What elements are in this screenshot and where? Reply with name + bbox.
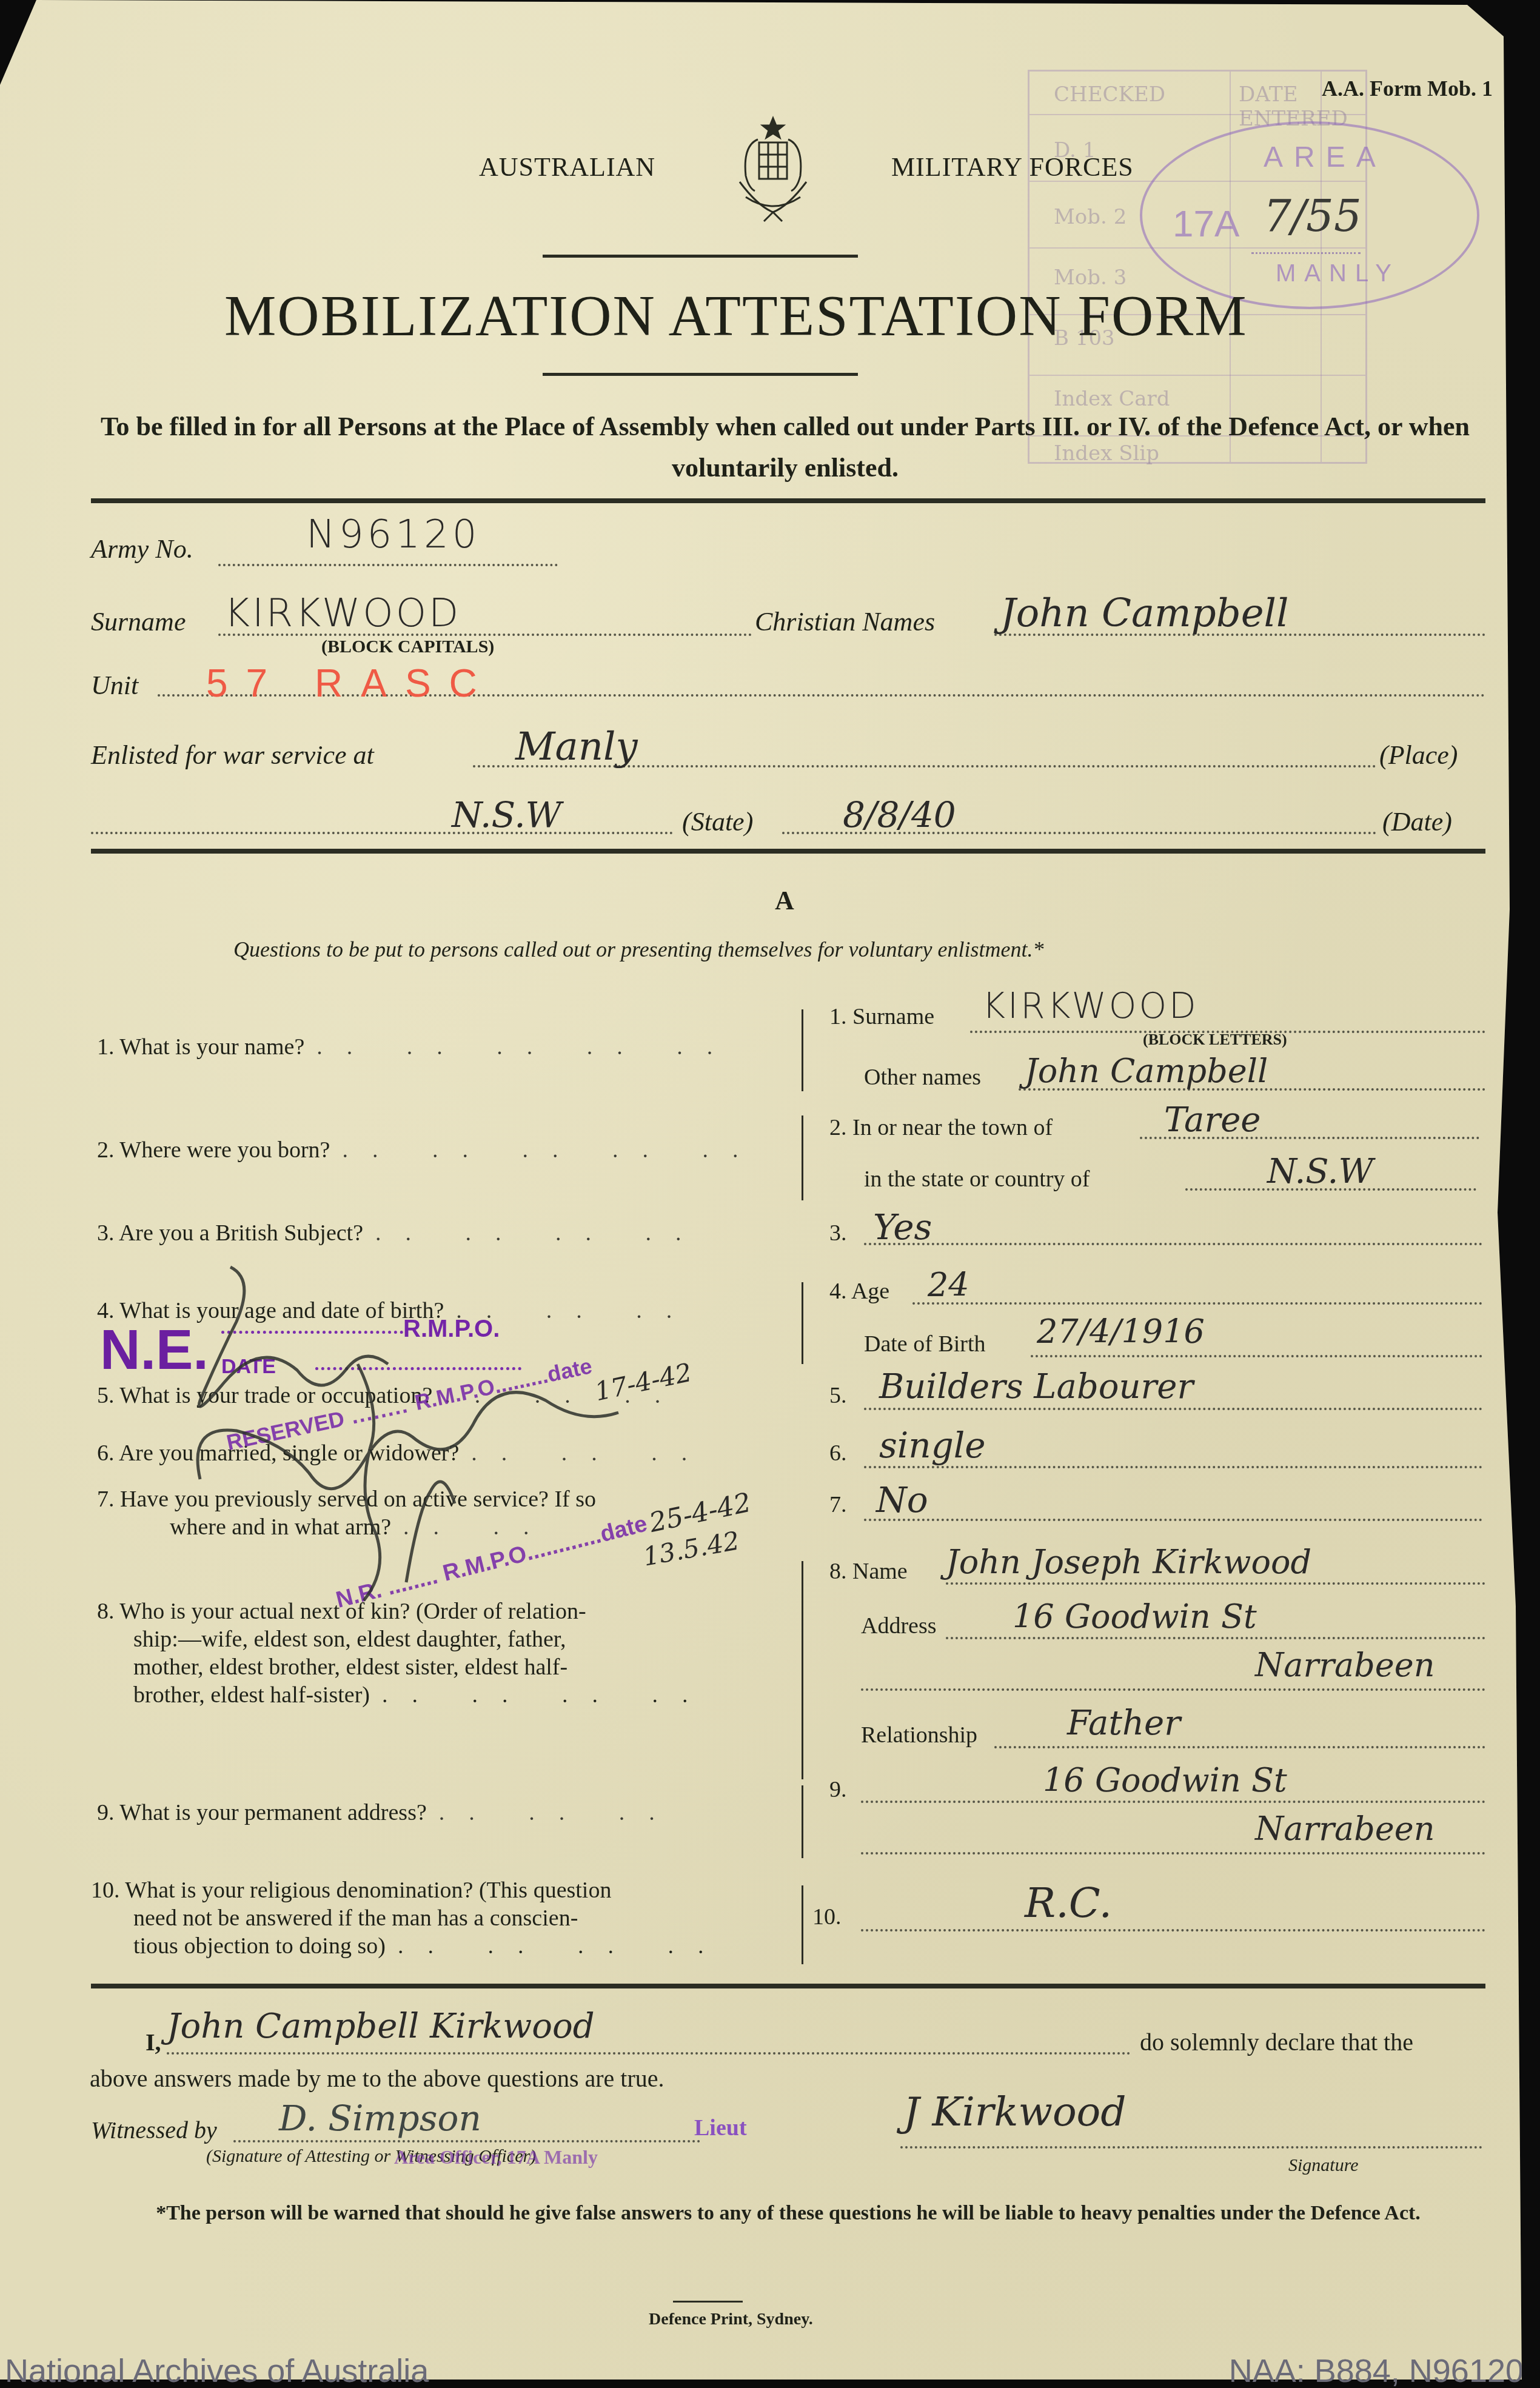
state-value[interactable]: N.S.W [452, 794, 561, 835]
answer-5[interactable]: Builders Labourer [879, 1367, 1193, 1406]
question-2: 2. Where were you born?.. .. .. .. .. [97, 1137, 762, 1163]
signature-label: Signature [1288, 2155, 1359, 2176]
archive-watermark-left: National Archives of Australia [5, 2352, 429, 2388]
answer-1-surname[interactable]: KIRKWOOD [982, 985, 1199, 1026]
answer-3-number: 3. [829, 1220, 847, 1246]
surname-label: Surname [91, 606, 186, 637]
witness-signature[interactable]: D. Simpson [279, 2098, 481, 2139]
block-capitals-note: (BLOCK CAPITALS) [321, 637, 494, 657]
header-row: AUSTRALIAN MILITARY FORCES [473, 145, 1213, 218]
answer-2-town[interactable]: Taree [1164, 1100, 1260, 1140]
witness-rank-stamp: Lieut [694, 2115, 747, 2141]
title-rule-top [543, 255, 858, 258]
intro-text: To be filled in for all Persons at the P… [85, 406, 1485, 489]
unit-value[interactable]: 57 RASC [206, 661, 495, 706]
date-suffix: (Date) [1382, 806, 1452, 837]
question-10: 10. What is your religious denomination?… [91, 1876, 728, 1960]
title-rule-bottom [543, 373, 858, 376]
answer-8-name-label: 8. Name [829, 1558, 908, 1585]
coat-of-arms-icon [728, 115, 819, 224]
form-code: A.A. Form Mob. 1 [1322, 76, 1493, 101]
christian-names-value[interactable]: John Campbell [1000, 591, 1289, 636]
nr-stamp-date-1: 25-4-42 [647, 1487, 754, 1539]
answer-8-name[interactable]: John Joseph Kirkwood [946, 1543, 1311, 1581]
army-no-value[interactable]: N96120 [306, 512, 480, 557]
answer-10[interactable]: R.C. [1025, 1879, 1112, 1927]
section-divider [91, 1984, 1485, 1988]
surname-value[interactable]: KIRKWOOD [224, 591, 461, 636]
document-page: CHECKED DATE ENTERED D. 1 Mob. 2 Mob. 3 … [0, 0, 1531, 2380]
answer-9-line2[interactable]: Narrabeen [1255, 1810, 1435, 1848]
stamp-location: MANLY [1276, 260, 1400, 287]
question-9: 9. What is your permanent address?.. .. … [97, 1799, 679, 1826]
answer-1-surname-label: 1. Surname [829, 1003, 934, 1030]
answer-10-number: 10. [812, 1904, 842, 1930]
answer-3[interactable]: Yes [873, 1206, 932, 1248]
answer-8-address-line1[interactable]: 16 Goodwin St [1013, 1597, 1257, 1636]
section-divider [91, 849, 1485, 854]
declaration-line2: above answers made by me to the above qu… [90, 2064, 664, 2093]
place-suffix: (Place) [1379, 740, 1458, 771]
stamp-reference: 7/55 [1264, 190, 1362, 241]
declaration-suffix: do solemnly declare that the [1140, 2028, 1413, 2056]
unit-label: Unit [91, 670, 138, 701]
question-7: 7. Have you previously served on active … [97, 1485, 596, 1541]
stamp-area-text: AREA [1264, 141, 1387, 174]
answer-8-address-line2[interactable]: Narrabeen [1255, 1646, 1435, 1684]
declarant-name[interactable]: John Campbell Kirkwood [167, 2007, 595, 2046]
header-right: MILITARY FORCES [891, 152, 1134, 182]
header-left: AUSTRALIAN [479, 152, 655, 182]
christian-names-label: Christian Names [755, 606, 935, 637]
section-a-heading: A [775, 885, 794, 916]
witness-title-stamp: Area Officer, 17A Manly [394, 2146, 598, 2169]
answer-4-age[interactable]: 24 [928, 1266, 969, 1304]
answer-7[interactable]: No [876, 1479, 928, 1520]
answer-5-number: 5. [829, 1382, 847, 1409]
declarant-signature[interactable]: J Kirkwood [903, 2089, 1127, 2135]
answer-6[interactable]: single [879, 1425, 986, 1466]
enlisted-place-value[interactable]: Manly [515, 724, 638, 769]
question-3: 3. Are you a British Subject?.. .. .. .. [97, 1220, 706, 1246]
answer-1-other-label: Other names [864, 1064, 981, 1091]
answer-8-address-label: Address [861, 1613, 937, 1639]
question-8: 8. Who is your actual next of kin? (Orde… [97, 1597, 712, 1709]
ne-stamp-date-label: DATE [221, 1355, 276, 1379]
answer-7-number: 7. [829, 1491, 847, 1518]
footnote: *The person will be warned that should h… [85, 2201, 1491, 2226]
answer-2-town-label: 2. In or near the town of [829, 1114, 1053, 1141]
ne-stamp-mark: N.E. [100, 1319, 209, 1382]
enlisted-label: Enlisted for war service at [91, 740, 374, 771]
ne-stamp-rmpo: R.M.P.O. [403, 1316, 500, 1343]
answer-8-relationship-label: Relationship [861, 1722, 977, 1748]
answer-4-age-label: 4. Age [829, 1278, 889, 1305]
question-1: 1. What is your name?.. .. .. .. .. [97, 1034, 737, 1060]
army-no-label: Army No. [91, 533, 193, 564]
section-a-intro: Questions to be put to persons called ou… [233, 937, 1044, 962]
answer-8-relationship[interactable]: Father [1067, 1704, 1180, 1743]
witnessed-by-label: Witnessed by [91, 2116, 217, 2144]
grid-header-checked: CHECKED [1054, 82, 1165, 107]
answer-2-state-label: in the state or country of [864, 1166, 1090, 1192]
answer-9-number: 9. [829, 1776, 847, 1803]
answer-4-dob[interactable]: 27/4/1916 [1037, 1313, 1205, 1351]
declaration-prefix: I, [146, 2028, 161, 2056]
block-letters-note: (BLOCK LETTERS) [1143, 1031, 1287, 1049]
answer-2-state[interactable]: N.S.W [1267, 1152, 1373, 1191]
question-6: 6. Are you married, single or widower?..… [97, 1440, 711, 1467]
answer-9-line1[interactable]: 16 Goodwin St [1043, 1761, 1287, 1799]
page-title: MOBILIZATION ATTESTATION FORM [224, 282, 1248, 349]
date-value[interactable]: 8/8/40 [843, 794, 956, 835]
printer-credit: Defence Print, Sydney. [649, 2310, 813, 2329]
answer-1-other[interactable]: John Campbell [1025, 1052, 1268, 1090]
answer-6-number: 6. [829, 1440, 847, 1467]
archive-watermark-right: NAA: B884, N96120 [1229, 2352, 1524, 2388]
answer-4-dob-label: Date of Birth [864, 1331, 986, 1357]
section-divider [91, 498, 1485, 503]
state-suffix: (State) [682, 806, 753, 837]
